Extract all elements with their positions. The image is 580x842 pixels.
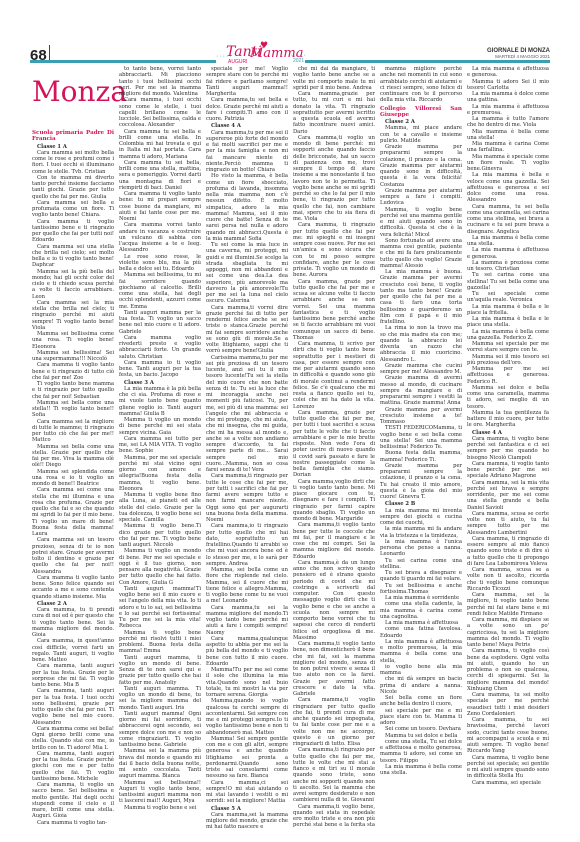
article-columns: Scuola primaria Padre Di FranciaClasse 1… <box>32 128 552 828</box>
dedication-paragraph: Cara mamma, ti voglio bene perché sei sp… <box>467 755 549 780</box>
dedication-paragraph: Cara mamma sei una stella che brilla nel… <box>32 244 114 269</box>
dedication-paragraph: Mamma! Sei sempre gentile con me e con g… <box>206 736 288 780</box>
dedication-paragraph: La mia mamma è bella come una gazzella. … <box>467 329 549 342</box>
dedication-paragraph: Mamma sei splendida come una rosa e io t… <box>32 469 114 488</box>
dedication-paragraph: La mia mamma è bella e le piace la frite… <box>467 304 549 317</box>
column-2: to tanto bene, vorrei tanto abbracciarti… <box>119 66 201 828</box>
dedication-paragraph: Le rose sono rosse, le violette sono blu… <box>119 254 201 273</box>
dedication-paragraph: Tu sei carina come una stellina. <box>380 558 462 571</box>
dedication-paragraph: Mamma, ti voglio bene perché sei una mam… <box>380 207 462 238</box>
page-number-divider <box>49 45 50 61</box>
dedication-paragraph: La mia mamma è bella e veloce come una g… <box>467 172 549 203</box>
dedication-paragraph: Cara mamma,tu sei la mamma migliore del … <box>206 605 288 636</box>
dedication-paragraph: Mamma sei bella come una stella!! Ti vog… <box>32 400 114 419</box>
dedication-paragraph: Cara mamma,ti voglio un mondo di bene pe… <box>293 135 375 223</box>
dedication-paragraph: Mamma ti voglio bene fino alla Luna, ai … <box>119 492 201 523</box>
dedication-paragraph: La mia mamma è bella come una stella. <box>380 764 462 777</box>
dedication-paragraph: Mamma tu sei dolce e bella <box>380 733 462 739</box>
dedication-paragraph: Mamma la tua gentilezza fa battere il mi… <box>467 410 549 429</box>
dedication-paragraph: Cara mamma sei la migliore di tutte le m… <box>32 419 114 444</box>
dedication-paragraph: Cara mamma sei la mia stella che brilla … <box>32 300 114 331</box>
dedication-paragraph: Cara mamma ti voglio tanto bene e ti rin… <box>32 362 114 381</box>
dedication-paragraph: La rima io non la trovo ma so che mia ma… <box>380 325 462 363</box>
dedication-paragraph: Cara mamma,qualunque aspetto tu abbia pe… <box>206 636 288 667</box>
dedication-paragraph: Cara mamma ti voglio tan- <box>32 820 114 826</box>
dedication-paragraph: Cara mamma,voglio dirti che ti voglio ta… <box>293 479 375 523</box>
dedication-paragraph: Mamma sei il mio tesoro sei più preziosa… <box>467 354 549 367</box>
dedication-paragraph: Cara mamma,è da un lungo anno che non sc… <box>293 560 375 641</box>
dedication-paragraph: La mamma è preziosa come un tesoro. Chri… <box>467 260 549 273</box>
header-rule-left <box>30 60 216 63</box>
dedication-paragraph: Cara mamma, ti voglio così bene da esplo… <box>467 648 549 692</box>
dedication-paragraph: Ti voglio tanto bene mamma e ti ringrazi… <box>32 381 114 400</box>
dedication-paragraph: Mamma sei bellissima! Sei una supermamma… <box>32 350 114 363</box>
dedication-paragraph: Grazie mamma che cucini sempre per me! A… <box>380 363 462 376</box>
dedication-paragraph: Cara mamma, tu sei bravissima, perché la… <box>467 717 549 755</box>
dedication-paragraph: Cara mamma sei bella e profumata come un… <box>32 200 114 219</box>
dedication-paragraph: Cara mamma,ti voglio tanto bene, non dim… <box>293 641 375 697</box>
dedication-paragraph: Mamma sei bella come una stella. Grazie … <box>32 444 114 469</box>
dedication-paragraph: Cara mamma vorrei tanto andare in vacanz… <box>119 222 201 253</box>
dedication-paragraph: Mamma, sei bella come un fiore che rispl… <box>206 567 288 605</box>
dedication-paragraph: Cara mamma, sei la migliore, ti voglio t… <box>467 592 549 617</box>
dedication-paragraph: Cara mamma io ti voglio bene. Tanti augu… <box>119 360 201 379</box>
dedication-paragraph: Cara mamma, ti voglio un sacco bene. Sei… <box>32 782 114 820</box>
dedication-paragraph: La mia mamma è affettuosa e premurosa. <box>467 104 549 117</box>
dedication-paragraph: TESTI FEDERICOMamma, ti voglio bene e se… <box>380 425 462 450</box>
dedication-paragraph: Cara mamma,ti voglio tanto bene per tutt… <box>293 522 375 560</box>
column-6: La mia mamma è affettuosa e generosa.Mam… <box>467 66 549 828</box>
dedication-paragraph: Mamma sei la più bella del mondo; hai gl… <box>32 269 114 300</box>
column-1: Scuola primaria Padre Di FranciaClasse 1… <box>32 128 114 828</box>
dedication-paragraph: Mamma, per me sei speciale perché mi sta… <box>119 455 201 493</box>
dedication-paragraph: Carissima mamma,tu per me sei più prezio… <box>206 355 288 474</box>
dedication-paragraph: to tanto bene, vorrei tanto abbracciarti… <box>119 66 201 97</box>
dedication-paragraph: Tu sei carina come una stellina! Tu sei … <box>467 272 549 291</box>
dedication-paragraph: Cara mamma sei come una stella che mi il… <box>32 487 114 537</box>
dedication-paragraph: Mamma ti voglio un mondo di bene perché … <box>119 417 201 436</box>
dedication-paragraph: Cara mamma,grazie per tutto, tu mi curi … <box>293 91 375 135</box>
dedication-paragraph: Mamma sei bellissima, tu mi fai sorrider… <box>119 272 201 310</box>
dedication-paragraph: Cara mamma ti voglio tanto bene: tu mi p… <box>119 191 201 222</box>
section-title: Monza <box>32 75 127 108</box>
dedication-paragraph: Tanti auguri mamma! Ogni giorno mi fai s… <box>119 711 201 749</box>
heart-icon: ♥ <box>260 41 268 51</box>
page-header: 68 ····· Tanti AUGURI Mamma ♥ ····· 2021… <box>0 0 580 64</box>
dedication-paragraph: La mia mamma è affettuosa e molto premur… <box>380 639 462 664</box>
header-rule-right <box>305 60 550 63</box>
dedication-paragraph: Cara mamma, i tuoi occhi sono come le st… <box>119 97 201 128</box>
dedication-paragraph: come una stella, Tu sei dolce e affettuo… <box>380 739 462 764</box>
dedication-paragraph: Cara mamma, tu sei bella come una carame… <box>467 204 549 235</box>
dedication-paragraph: Cara mamma,ci sei sempre!O mi stai aiuta… <box>206 780 288 805</box>
dedication-paragraph: La mia mamma mi inventa sempre dei gioch… <box>380 508 462 527</box>
dedication-paragraph: Cara mamma, in quest'anno così difficile… <box>32 638 114 663</box>
masthead: GIORNALE DI MONZA MARTEDÌ 4 MAGGIO 2021 <box>487 48 550 59</box>
dedication-paragraph: Cara mamma, tanti auguri per la tua fest… <box>32 663 114 688</box>
dedication-paragraph: Cara mamma come sei bella! Ogni giorno b… <box>32 726 114 751</box>
dedication-paragraph: Cara mamma, ti ringrazio di essere sempr… <box>467 536 549 567</box>
dedication-paragraph: Cara mamma,ti ringrazio per tutto quello… <box>293 747 375 803</box>
dedication-paragraph: Cara mamma, tu sei molto speciale per me… <box>467 692 549 717</box>
dedication-paragraph: La mia mamma è bella come una stella. <box>467 235 549 248</box>
dedication-paragraph: Cara mamma tu sei bella e brilli come un… <box>119 129 201 160</box>
column-5: mamma migliore perché anche nei momenti … <box>380 66 462 828</box>
dedication-paragraph: Cara mamma,tu sei bella e dolce. Grazie … <box>206 97 288 122</box>
dedication-paragraph: La mia mamma è buona. Grazie mamma per a… <box>380 269 462 325</box>
dedication-paragraph: Cara mamma, ti voglio bene perché sei fa… <box>467 436 549 461</box>
dedication-paragraph: come una stella cadente, la mia mamma è … <box>380 601 462 620</box>
dedication-paragraph: Cara mamma,ti voglio bene, quando sei st… <box>293 804 375 829</box>
issue-date: MARTEDÌ 4 MAGGIO 2021 <box>487 54 550 59</box>
dedication-paragraph: Cara mamma, ti scrivo per dirti che ti v… <box>293 341 375 410</box>
dedication-paragraph: Mia mamma è bella come una stella! <box>467 129 549 142</box>
dedication-paragraph: Grazie mamma per prepararmi sempre la co… <box>380 463 462 501</box>
school-heading: Collegio Villoresi San Giuseppe <box>380 106 462 119</box>
dedication-paragraph: La mamma è tutto l'amore che ho dentro d… <box>467 116 549 129</box>
dedication-paragraph: Mamma!Tu per me sei come il sole che ill… <box>206 667 288 698</box>
dedication-paragraph: Grazie mamma per avermi cresciuto insiem… <box>380 407 462 426</box>
dedication-paragraph: Grazie mamma per prepararmi sempre la co… <box>380 144 462 188</box>
dedication-paragraph: Tanti auguri mamma!Ti voglio bene sei il… <box>119 586 201 630</box>
school-heading: Scuola primaria Padre Di Francia <box>32 130 114 143</box>
dedication-paragraph: Mia mamma è carina Come una farfallina. <box>467 141 549 154</box>
dedication-paragraph: Mamma per me sei affettuosa e generosa. … <box>467 366 549 385</box>
dedication-paragraph: La mia mamma è bella e le piace una stel… <box>467 316 549 329</box>
dedication-paragraph: che mi dà sempre un bacio prima di andar… <box>380 676 462 695</box>
dedication-paragraph: Mamma ti adoro Sei il mio tesoro! Carlot… <box>467 79 549 92</box>
dedication-paragraph: sei speciale per me e mi piace stare con… <box>380 708 462 727</box>
dedication-paragraph: La mia mamma è affettuosa e generosa. <box>467 66 549 79</box>
dedication-paragraph: Cara mamma,tu per me sei il supereroe pi… <box>206 130 288 174</box>
dedication-paragraph: Mamma ti voglio bene perché mi risolvi t… <box>119 630 201 655</box>
dedication-paragraph: Cara mamma ti voglio tanto bene. Sono fe… <box>32 575 114 600</box>
dedication-paragraph: Buona festa della mamma, mamma! Federico… <box>380 450 462 463</box>
dedication-paragraph: Cara mamma,ti ringrazio per tutte le cos… <box>206 473 288 523</box>
dedication-paragraph: Cara mamma,ti voglio ringraziare per tut… <box>293 697 375 747</box>
dedication-paragraph: Cara mamma, tanti auguri per la tua fest… <box>32 688 114 726</box>
dedication-paragraph: Cara mamma, scusa se certe volte non ti … <box>467 511 549 536</box>
dedication-paragraph: Mamma sei bellissima!! Auguri ti voglio … <box>119 780 201 805</box>
dedication-paragraph: Cara mamma, tanti auguri per la tua fest… <box>32 751 114 782</box>
dedication-paragraph: Cara mamma sei molto bella come le rose … <box>32 150 114 175</box>
dedication-paragraph: Cara mamma sei un tesoro prezioso, senza… <box>32 537 114 575</box>
dedication-paragraph: Mamma sei dolce e bella come una caramel… <box>467 385 549 410</box>
dedication-paragraph: Cara mamma,io ti ringrazio per tutto que… <box>206 523 288 567</box>
dedication-paragraph: Cara mamma, ti ringrazio per tutto quell… <box>293 222 375 278</box>
dedication-paragraph: che mi dai da mangiare, ti voglio tanto … <box>293 66 375 91</box>
dedication-paragraph: La mia mamma è la più bella che ci sia. … <box>119 386 201 417</box>
dedication-paragraph: Tanti auguri mamma per la tua festa. Ti … <box>119 310 201 335</box>
dedication-paragraph: Tu sei speciale come un'aquila reale. Ve… <box>467 291 549 304</box>
dedication-paragraph: Ho visto la mamma, è bella come un fiore… <box>206 173 288 242</box>
dedication-paragraph: Mamma sei bellissima come una rosa. Ti v… <box>32 331 114 350</box>
dedication-paragraph: Mamma ti voglio un mondo di bene. Per me… <box>119 548 201 586</box>
dedication-paragraph: la mia mamma è l'unica persona che penso… <box>380 539 462 558</box>
dedication-paragraph: Grazie mamma di avermi messo al mondo, d… <box>380 375 462 406</box>
dedication-paragraph: Cara mamma,sei la mamma migliore del mon… <box>206 812 288 828</box>
tanti-auguri-mamma-logo: ····· Tanti AUGURI Mamma ♥ ····· 2021 <box>216 44 306 66</box>
dedication-paragraph: Tanti auguri mamma. Ti voglio un mondo d… <box>119 686 201 711</box>
dedication-paragraph: Sono fortunato ad avere una mamma così g… <box>380 238 462 269</box>
dedication-paragraph: io voglio bene alla mia mamma <box>380 664 462 677</box>
column-4: che mi dai da mangiare, ti voglio tanto … <box>293 66 375 828</box>
dedication-paragraph: Cara mamma tu sei bella, brilli come una… <box>119 160 201 191</box>
dedication-paragraph: speciale per me! Voglio sempre stare con… <box>206 66 288 97</box>
dedication-paragraph: Tu sei brava a disegnare e quando ti gua… <box>380 570 462 583</box>
dedication-paragraph: Cara mamma, ti voglio tanto bene perché … <box>467 461 549 480</box>
dedication-paragraph: La mia mamma è dolce come una gattina. <box>467 91 549 104</box>
dedication-paragraph: Con te mamma mi diverto tanto perché ins… <box>32 175 114 200</box>
column-3: speciale per me! Voglio sempre stare con… <box>206 66 288 828</box>
dedication-paragraph: Sei come un tesoro. Devhara <box>380 726 462 732</box>
dedication-paragraph: la mia mamma mi fa andare via la tristez… <box>380 526 462 539</box>
dedication-paragraph: Cara mamma, scusa se a volte non ti asco… <box>467 567 549 592</box>
dedication-paragraph: Tu sei come la mia luce in una caverna, … <box>206 242 288 305</box>
dedication-paragraph: mamma migliore perché anche nei momenti … <box>380 66 462 104</box>
dedication-paragraph: Grazie mamma per aiutarmi sempre a fare … <box>380 188 462 207</box>
dedication-paragraph: Cara mamma, grazie per tutto quello che … <box>293 279 375 342</box>
logo-year: 2021 <box>293 58 304 64</box>
dedication-paragraph: Cara mamma sei tutto per me, sei LA MIA … <box>119 436 201 455</box>
dedication-paragraph: Mamma sei la mamma più brava del mondo e… <box>119 748 201 779</box>
dedication-paragraph: Sei bella come un fiore anche bella dent… <box>380 695 462 708</box>
dedication-paragraph: come una fatina favolosa. Edoardo <box>380 626 462 639</box>
dedication-paragraph: Cara mamma voglio rivederti presto e vog… <box>119 335 201 360</box>
dedication-paragraph: Tu sei bellissima e anche fortissima.Tho… <box>380 583 462 596</box>
dedication-paragraph: Mamma sei speciale per me vorrei stare s… <box>467 341 549 354</box>
dedication-paragraph: Cara mamma, sei la mia vita perché sei b… <box>467 480 549 511</box>
dedication-paragraph: Mamma, mi piace andare con te a cavallo … <box>380 125 462 144</box>
dedication-paragraph: La mia mamma è affettuosa e generosa. <box>467 247 549 260</box>
dedication-paragraph: Cara mamma,ti vorrei dire grazie perché … <box>206 305 288 355</box>
dedication-paragraph: Cara mamma, sei speciale <box>467 780 549 786</box>
dedication-paragraph: Mamma,quando io voglio qualcosa tu cerch… <box>206 698 288 736</box>
dedication-paragraph: Cara mamma ti voglio tantissimo bene e t… <box>32 219 114 244</box>
logo-auguri: AUGURI <box>228 59 247 65</box>
dedication-paragraph: Mamma ti voglio bene.Ti dico grazie per … <box>119 523 201 548</box>
dedication-paragraph: Cara mamma, grazie per tutto quello che … <box>293 410 375 479</box>
dedication-paragraph: Cara mamma, mi dispiace se a volte sono … <box>467 617 549 648</box>
dedication-paragraph: Mamma ti voglio bene e sei <box>119 805 201 811</box>
dedication-paragraph: Cara mamma, tu ti prendi cura di noi ed … <box>32 607 114 638</box>
dedication-paragraph: Tanti auguri mamma, ti voglio un mondo d… <box>119 655 201 686</box>
dedication-paragraph: Mia mamma è speciale come un fiore reale… <box>467 154 549 173</box>
